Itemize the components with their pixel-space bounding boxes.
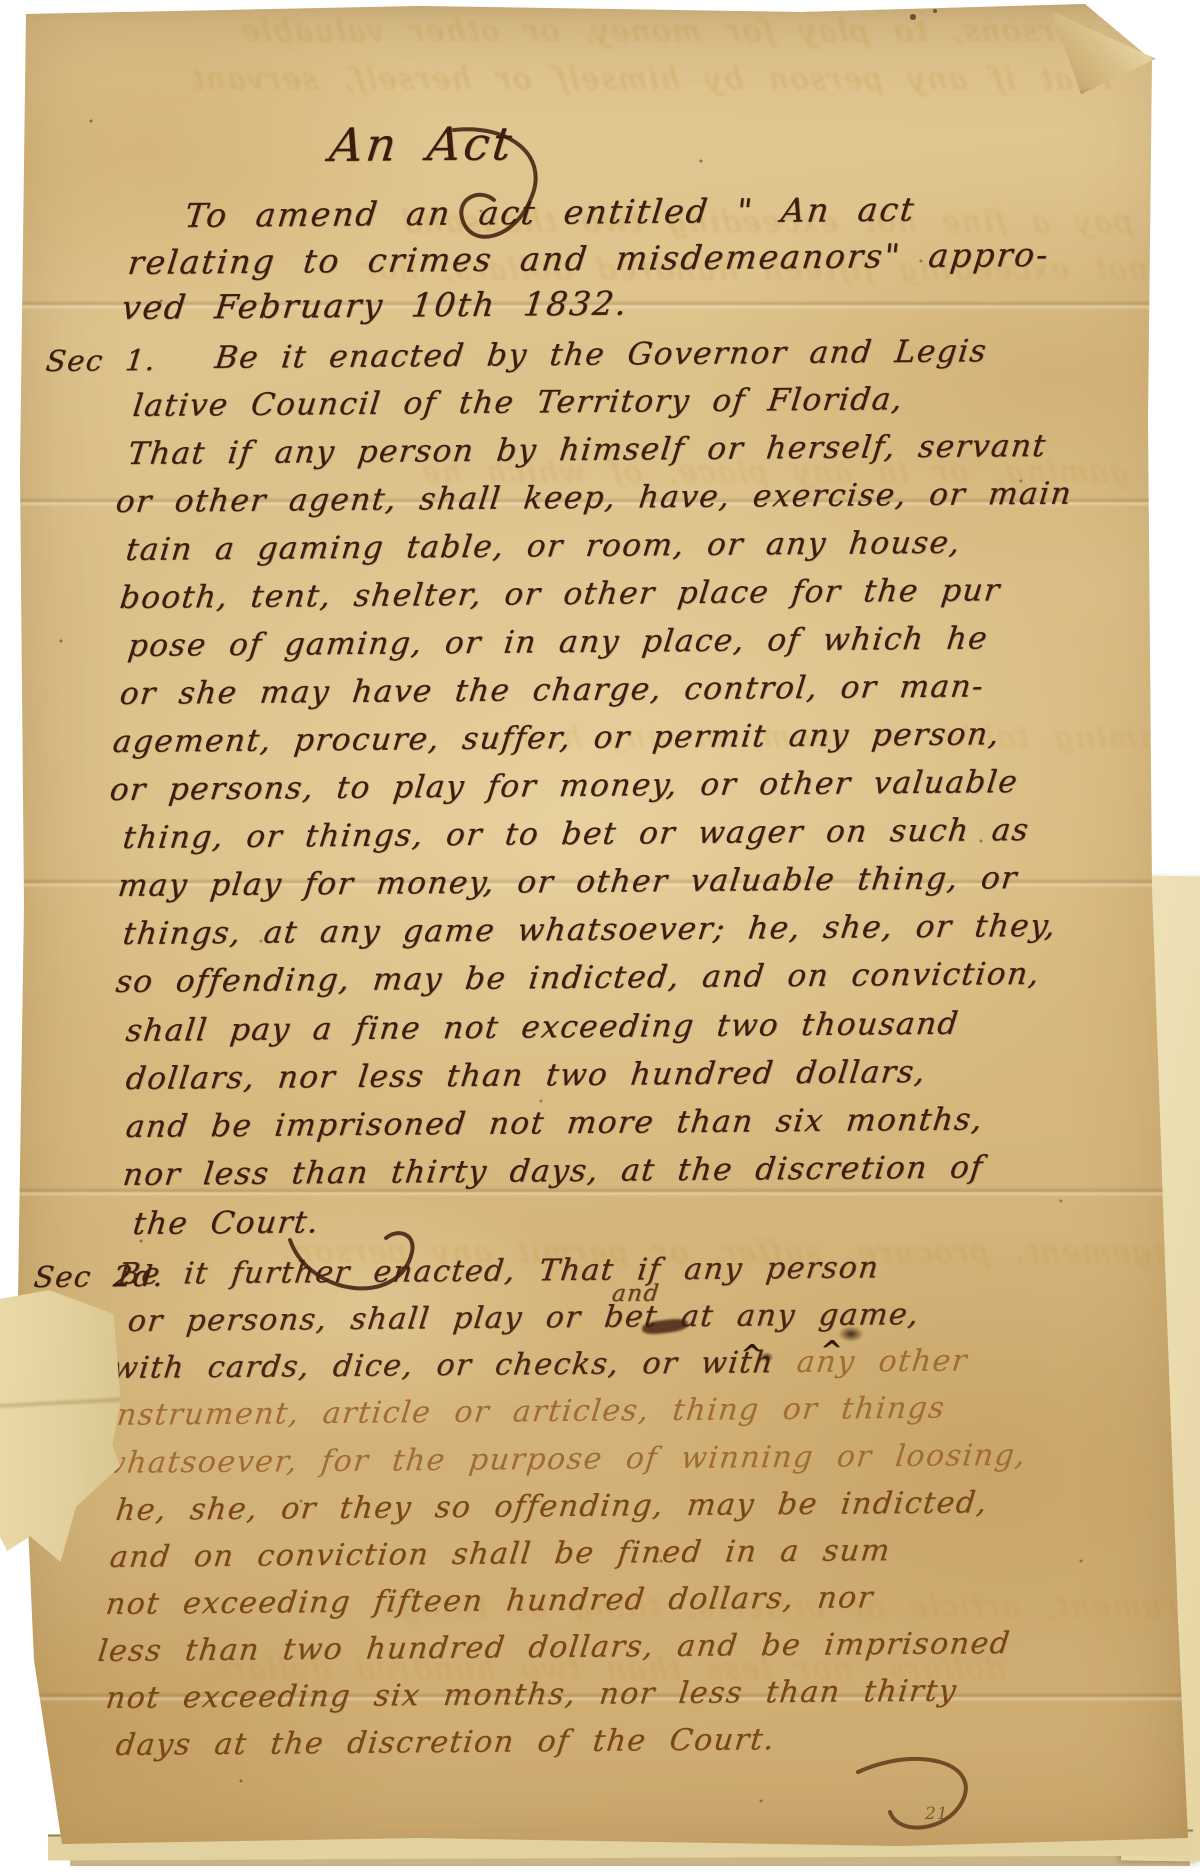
bleed-through-writing: That if any person by himself or herself… — [188, 62, 1117, 97]
manuscript-line: relating to crimes and misdemeanors" app… — [126, 235, 1052, 282]
manuscript-line: not exceeding six months, nor less than … — [104, 1674, 959, 1716]
manuscript-line: dollars, nor less than two hundred dolla… — [124, 1054, 928, 1097]
manuscript-line: Be it further enacted, That if any perso… — [116, 1250, 881, 1292]
manuscript-line: lative Council of the Territory of Flori… — [131, 381, 905, 424]
manuscript-line: shall pay a fine not exceeding two thous… — [124, 1006, 961, 1049]
manuscript-line: not exceeding fifteen hundred dollars, n… — [104, 1580, 876, 1622]
line-dark-ink: with cards, dice, or checks, or with — [110, 1345, 799, 1386]
manuscript-line: Be it enacted by the Governor and Legis — [213, 333, 989, 376]
ink-flourish — [850, 1736, 1000, 1846]
manuscript-line: thing, or things, or to bet or wager on … — [121, 812, 1031, 856]
manuscript-line: pose of gaming, or in any place, of whic… — [126, 621, 990, 664]
ink-blot — [838, 1326, 864, 1342]
interlinear-insertion: and — [611, 1281, 662, 1307]
manuscript-line: things, at any game whatsoever; he, she,… — [121, 908, 1059, 952]
manuscript-line: and on conviction shall be fined in a su… — [108, 1533, 893, 1575]
manuscript-line: or she may have the charge, control, or … — [118, 668, 986, 712]
manuscript-line: and be imprisoned not more than six mont… — [124, 1102, 985, 1145]
manuscript-line: or persons, shall play or bet at any gam… — [126, 1297, 921, 1339]
caret-mark: ^ — [818, 1336, 845, 1366]
manuscript-page: or persons, to play for money, or other … — [0, 0, 1200, 1872]
ink-blot — [760, 1352, 774, 1362]
manuscript-line: days at the discretion of the Court. — [114, 1722, 777, 1763]
manuscript-line: or other agent, shall keep, have, exerci… — [114, 476, 1074, 520]
manuscript-scan: or persons, to play for money, or other … — [0, 0, 1200, 1872]
ink-specks — [0, 0, 2, 2]
manuscript-line: nor less than thirty days, at the discre… — [121, 1150, 985, 1193]
manuscript-line: tain a gaming table, or room, or any hou… — [124, 525, 963, 568]
manuscript-line: may play for money, or other valuable th… — [116, 860, 1020, 904]
manuscript-line: To amend an act entitled " An act — [183, 190, 918, 235]
manuscript-line: or persons, to play for money, or other … — [108, 764, 1020, 808]
manuscript-line: whatsoever, for the purpose of winning o… — [98, 1438, 1028, 1481]
bleed-through-writing: or persons, to play for money, or other … — [238, 14, 1157, 49]
manuscript-line: ved February 10th 1832. — [120, 284, 631, 327]
section-1-label: Sec 1. — [44, 343, 158, 378]
manuscript-line: he, she, or they so offending, may be in… — [114, 1485, 990, 1528]
manuscript-line: so offending, may be indicted, and on co… — [114, 956, 1042, 1000]
manuscript-line: instrument, article or articles, thing o… — [104, 1391, 947, 1433]
page-number: 21 — [925, 1804, 949, 1824]
manuscript-line: booth, tent, shelter, or other place for… — [118, 572, 1003, 616]
